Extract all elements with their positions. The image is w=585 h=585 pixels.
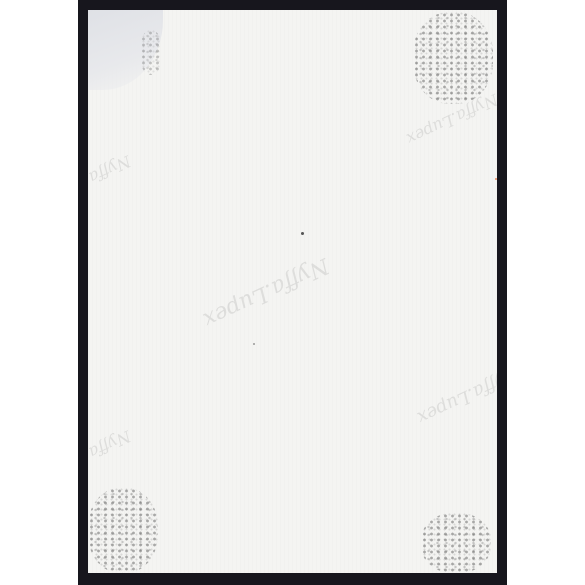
watermark-center: Nyffa.Lupex [199, 253, 333, 333]
speck [301, 232, 304, 235]
watermark-bottom-left: Nyffa [88, 427, 134, 463]
stain-top-left [140, 30, 162, 75]
paper-card: Nyffa.Lupex Nyffa.Lupex Nyffa.Lupex Nyff… [88, 10, 497, 573]
speck [253, 343, 255, 345]
stain-bottom-right [421, 513, 491, 573]
watermark-left: Nyffa [88, 152, 134, 188]
speck [495, 178, 497, 180]
watermark-right: Nyffa.Lupex [414, 363, 497, 429]
stain-bottom-left [88, 488, 158, 573]
stain-top-right [413, 12, 493, 104]
